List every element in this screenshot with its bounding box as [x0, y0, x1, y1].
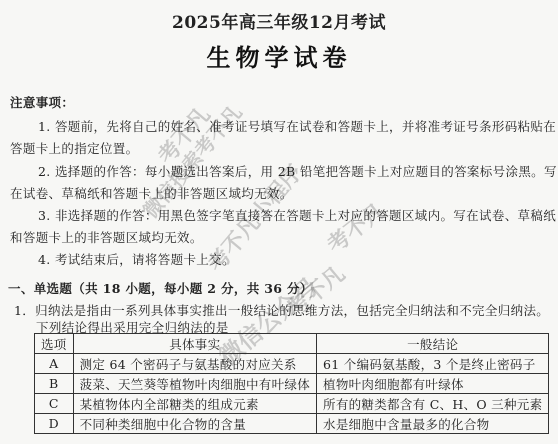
- table-row: B 菠菜、天竺葵等植物叶肉细胞中有叶绿体 植物叶肉细胞都有叶绿体: [35, 374, 549, 394]
- note-3-line-2: 和答题卡上的非答题区域均无效。: [10, 228, 203, 246]
- option-label: A: [35, 354, 74, 374]
- question-1-options-table: 选项 具体事实 一般结论 A 测定 64 个密码子与氨基酸的对应关系 61 个编…: [34, 333, 549, 434]
- table-row: A 测定 64 个密码子与氨基酸的对应关系 61 个编码氨基酸，3 个是终止密码…: [35, 354, 549, 374]
- option-label: D: [35, 414, 74, 434]
- subject-title: 生物学试卷: [0, 38, 558, 73]
- table-row: D 不同种类细胞中化合物的含量 水是细胞中含量最多的化合物: [35, 414, 549, 434]
- section-heading: 一、单选题（共 18 小题，每小题 2 分，共 36 分）: [8, 279, 313, 297]
- note-2-line-1: 2. 选择题的作答：每小题选出答案后，用 2B 铅笔把答题卡上对应题目的答案标号…: [38, 162, 557, 180]
- exam-page: 2025年高三年级12月考试 生物学试卷 注意事项： 1. 答题前，先将自己的姓…: [0, 0, 558, 444]
- header-option: 选项: [35, 334, 74, 354]
- option-conclusion: 水是细胞中含量最多的化合物: [317, 414, 549, 434]
- note-3-line-1: 3. 非选择题的作答：用黑色签字笔直接答在答题卡上对应的答题区域内。写在试卷、草…: [38, 206, 556, 224]
- question-1-stem-line-1: 1．归纳法是指由一系列具体事实推出一般结论的思维方法，包括完全归纳法和不完全归纳…: [14, 301, 549, 319]
- option-fact: 不同种类细胞中化合物的含量: [73, 414, 316, 434]
- note-2-line-2: 在试卷、草稿纸和答题卡上的非答题区域均无效。: [10, 184, 293, 202]
- note-1-line-2: 答题卡上的指定位置。: [10, 139, 139, 157]
- option-fact: 测定 64 个密码子与氨基酸的对应关系: [73, 354, 316, 374]
- header-fact: 具体事实: [73, 334, 316, 354]
- option-conclusion: 植物叶肉细胞都有叶绿体: [317, 374, 549, 394]
- option-fact: 菠菜、天竺葵等植物叶肉细胞中有叶绿体: [73, 374, 316, 394]
- option-label: B: [35, 374, 74, 394]
- option-label: C: [35, 394, 74, 414]
- note-4-line-1: 4. 考试结束后，请将答题卡上交。: [38, 250, 235, 268]
- exam-title: 2025年高三年级12月考试: [0, 8, 558, 33]
- note-1-line-1: 1. 答题前，先将自己的姓名、准考证号填写在试卷和答题卡上，并将准考证号条形码粘…: [38, 117, 556, 135]
- watermark: 考不凡: [320, 194, 391, 259]
- option-fact: 某植物体内全部糖类的组成元素: [73, 394, 316, 414]
- notes-heading: 注意事项：: [10, 93, 74, 111]
- table-row: C 某植物体内全部糖类的组成元素 所有的糖类都含有 C、H、O 三种元素: [35, 394, 549, 414]
- option-conclusion: 所有的糖类都含有 C、H、O 三种元素: [317, 394, 549, 414]
- header-conclusion: 一般结论: [317, 334, 549, 354]
- option-conclusion: 61 个编码氨基酸，3 个是终止密码子: [317, 354, 549, 374]
- table-header-row: 选项 具体事实 一般结论: [35, 334, 549, 354]
